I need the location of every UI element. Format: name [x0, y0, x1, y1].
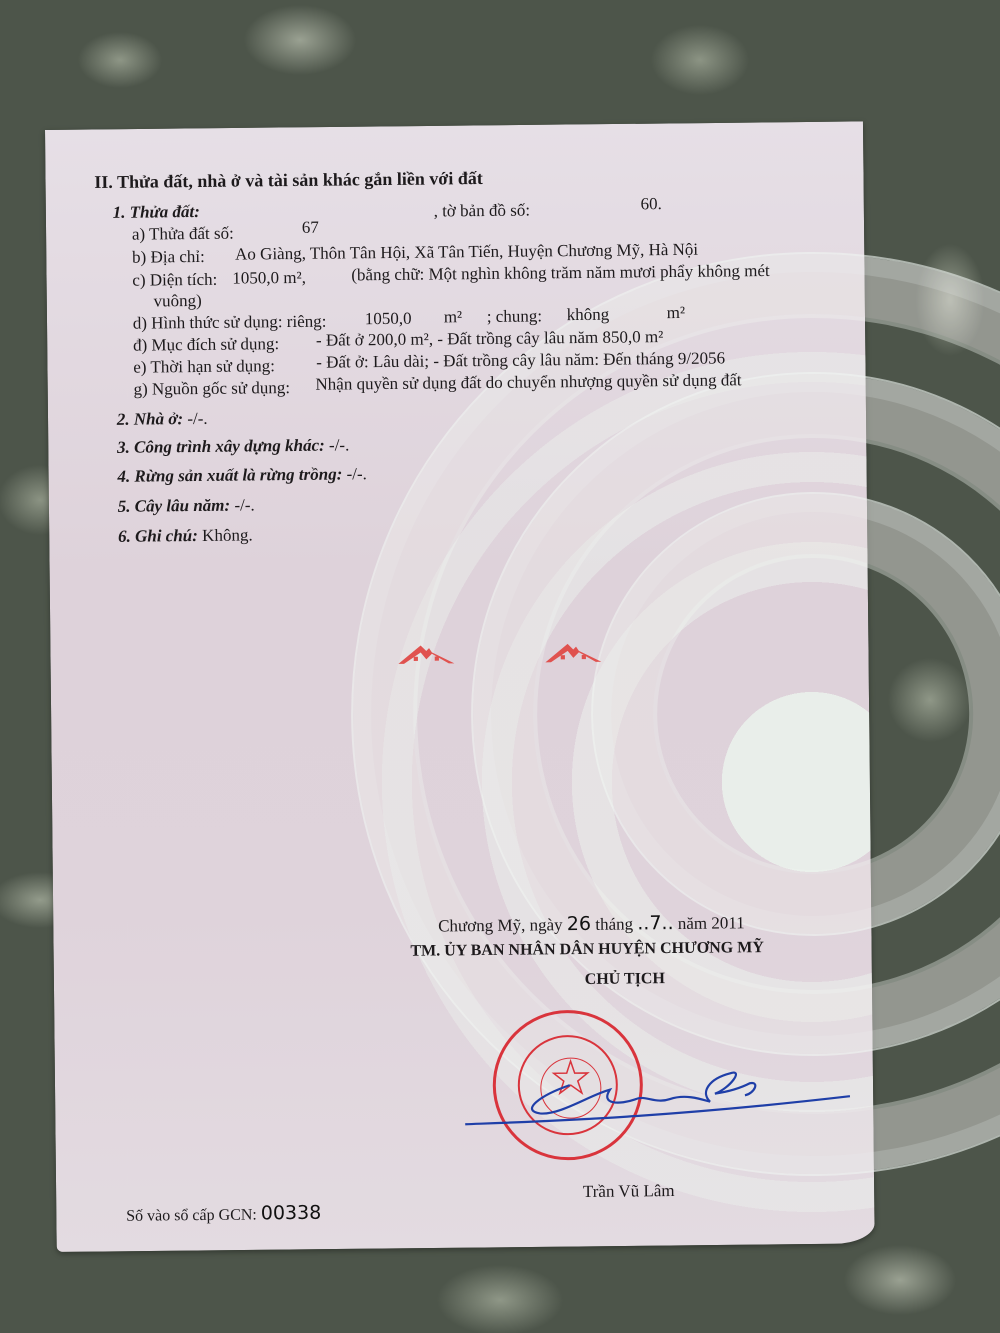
signer-title: CHỦ TỊCH — [585, 970, 665, 989]
area-label: c) Diện tích: — [132, 270, 217, 291]
map-sheet-label: , tờ bản đồ số: — [434, 201, 531, 222]
house-roof-icon — [398, 641, 454, 672]
item-perennial-trees-value: -/-. — [234, 495, 254, 514]
private-area: 1050,0 — [365, 309, 412, 329]
land-parcel-heading: 1. Thửa đất: — [113, 202, 200, 223]
usage-purpose-label: đ) Mục đích sử dụng: — [133, 334, 279, 356]
usage-purpose-value: - Đất ở 200,0 m², - Đất trồng cây lâu nă… — [316, 327, 664, 351]
issue-day: 26 — [567, 913, 591, 935]
item-planted-forest-value: -/-. — [346, 464, 366, 483]
common-area-value: không — [567, 305, 610, 325]
place-date-line: Chương Mỹ, ngày 26 tháng ..7.. năm 2011 — [438, 911, 745, 936]
registry-label: Số vào sổ cấp GCN: — [126, 1206, 257, 1224]
item-note: 6. Ghi chú: Không. — [118, 525, 253, 546]
item-house-value: -/-. — [187, 409, 207, 428]
item-planted-forest: 4. Rừng sản xuất là rừng trồng: -/-. — [117, 464, 367, 487]
item-perennial-trees-label: 5. Cây lâu năm: — [118, 496, 231, 516]
area-in-words-cont: vuông) — [153, 291, 201, 312]
issue-month: ..7.. — [637, 912, 673, 934]
origin-label: g) Nguồn gốc sử dụng: — [133, 378, 290, 400]
item-note-value: Không. — [202, 525, 253, 545]
item-other-construction: 3. Công trình xây dựng khác: -/-. — [117, 435, 349, 457]
handwritten-signature — [460, 1052, 861, 1146]
issuing-authority: TM. ỦY BAN NHÂN DÂN HUYỆN CHƯƠNG MỸ — [410, 939, 764, 961]
item-house-label: 2. Nhà ở: — [117, 409, 183, 429]
year-label: năm 2011 — [678, 913, 745, 933]
item-perennial-trees: 5. Cây lâu năm: -/-. — [118, 495, 255, 516]
private-area-unit: m² — [444, 307, 463, 327]
section-title: II. Thửa đất, nhà ở và tài sản khác gắn … — [94, 168, 483, 193]
area-value: 1050,0 m², — [232, 268, 306, 289]
usage-form-label: d) Hình thức sử dụng: riêng: — [133, 312, 327, 334]
item-house: 2. Nhà ở: -/-. — [117, 409, 208, 430]
area-in-words: (bằng chữ: Một nghìn không trăm năm mươi… — [351, 261, 770, 285]
address-value: Ao Giàng, Thôn Tân Hội, Xã Tân Tiến, Huy… — [235, 240, 698, 265]
place-date-prefix: Chương Mỹ, ngày — [438, 915, 563, 935]
item-planted-forest-label: 4. Rừng sản xuất là rừng trồng: — [117, 464, 342, 485]
common-area-label: ; chung: — [487, 306, 542, 327]
month-label: tháng — [595, 914, 633, 933]
origin-value: Nhận quyền sử dụng đất do chuyển nhượng … — [315, 370, 741, 394]
house-roof-icon — [545, 640, 601, 671]
usage-term-label: e) Thời hạn sử dụng: — [133, 356, 275, 377]
common-area-unit: m² — [667, 303, 686, 323]
item-note-label: 6. Ghi chú: — [118, 526, 198, 546]
parcel-number-label: a) Thửa đất số: — [132, 224, 234, 245]
signer-name: Trần Vũ Lâm — [583, 1181, 675, 1202]
registry-line: Số vào sổ cấp GCN: 00338 — [126, 1202, 321, 1226]
map-sheet-value: 60. — [640, 194, 661, 214]
registry-number: 00338 — [261, 1202, 322, 1225]
item-other-construction-label: 3. Công trình xây dựng khác: — [117, 436, 325, 457]
parcel-number-value: 67 — [302, 218, 319, 238]
usage-term-value: - Đất ở: Lâu dài; - Đất trồng cây lâu nă… — [316, 348, 725, 372]
item-other-construction-value: -/-. — [329, 435, 349, 454]
address-label: b) Địa chỉ: — [132, 247, 205, 268]
